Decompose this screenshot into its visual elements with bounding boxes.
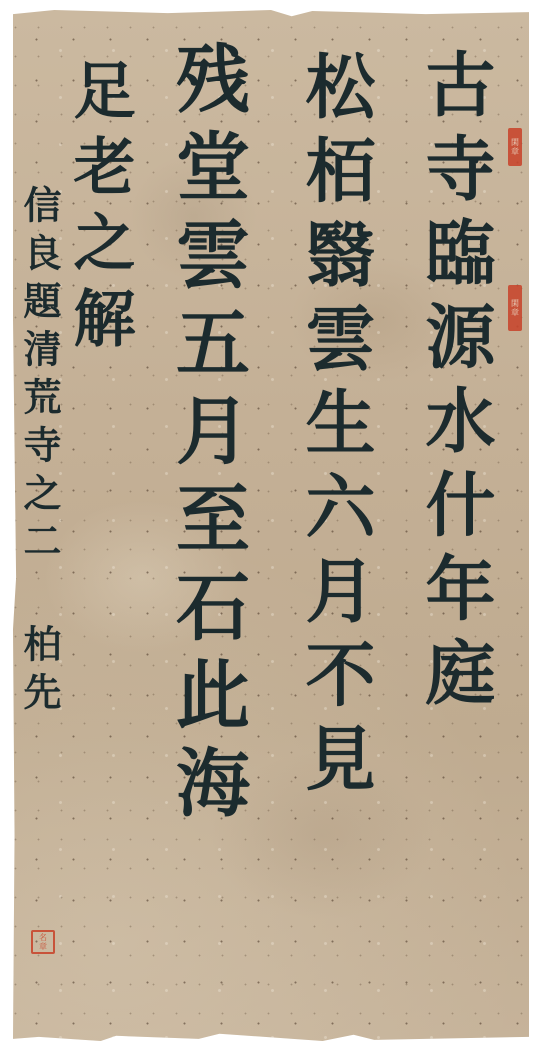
calligraphy-column-4: 足老之解 [68,58,130,478]
seal-upper-right-1: 閑章 [508,128,522,166]
inscription-column: 信良題清荒寺之二 柏先 [20,185,58,945]
calligraphy-column-3: 残堂雲五月至石此海 [170,40,244,1020]
seal-text: 閑章 [510,299,521,317]
calligraphy-column-1: 古寺臨源水什年庭 [420,48,490,1028]
calligraphy-column-2: 松栢翳雲生六月不見 [300,50,370,1030]
seal-text: 名章 [38,933,49,951]
seal-text: 閑章 [510,138,521,156]
seal-lower-left: 名章 [31,930,55,954]
seal-upper-right-2: 閑章 [508,285,522,331]
